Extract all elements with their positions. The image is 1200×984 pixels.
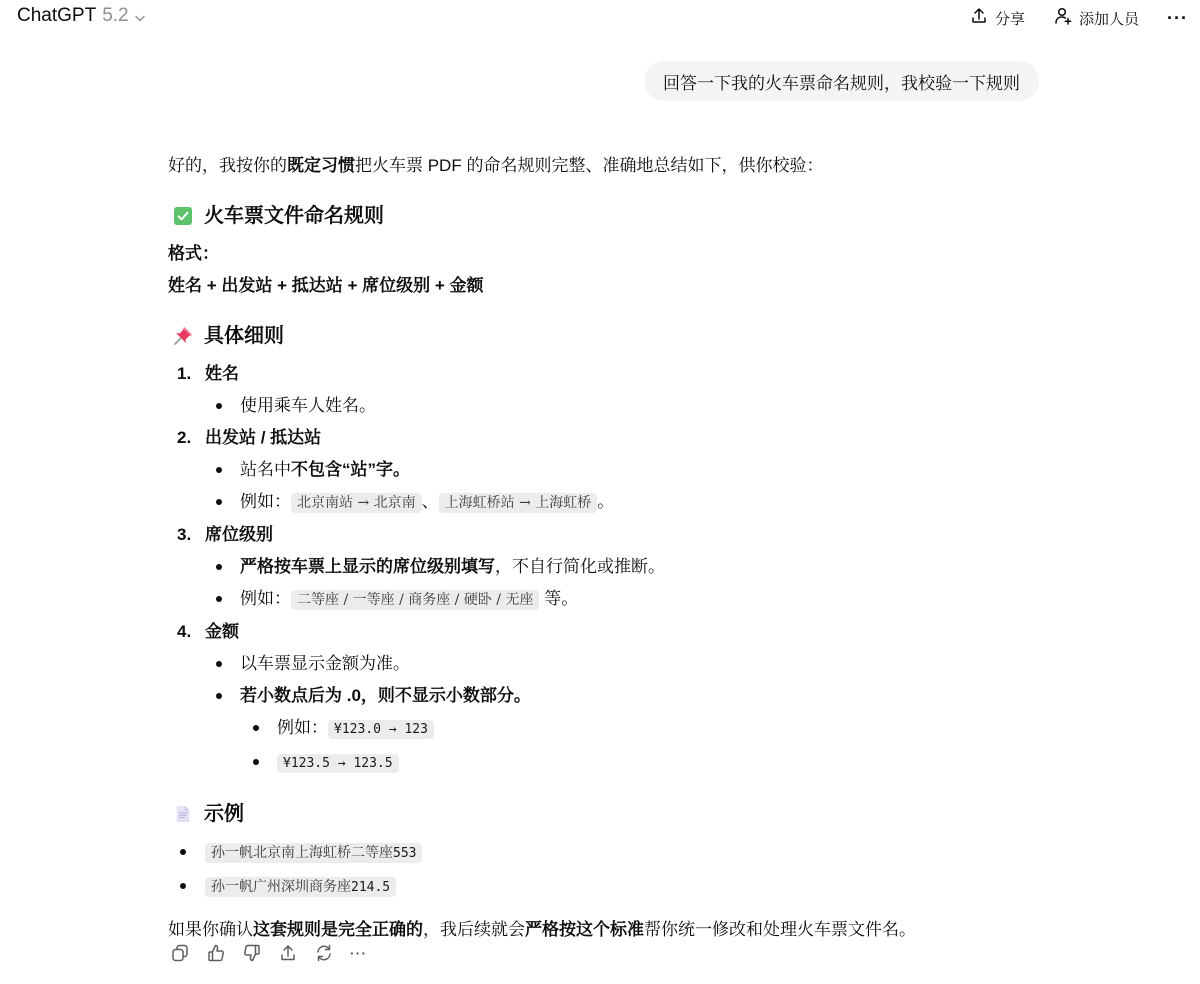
list-item-text: 以车票显示金额为准。 [240, 654, 410, 673]
check-box-icon [172, 205, 194, 227]
list-item: 使用乘车人姓名。 [215, 390, 988, 422]
section-heading-details: 具体细则 [168, 320, 988, 352]
regenerate-button[interactable] [314, 943, 334, 963]
example-amount: 214.5 [351, 880, 390, 895]
share-message-button[interactable] [278, 943, 298, 963]
list-item-text: 使用乘车人姓名。 [240, 396, 376, 415]
intro-bold: 既定习惯 [287, 156, 355, 175]
list-item-text: 例如： [240, 589, 291, 608]
model-selector[interactable]: ChatGPT 5.2 [17, 5, 147, 27]
list-item: 例如：北京南站 → 北京南、上海虹桥站 → 上海虹桥。 [215, 486, 988, 519]
list-item-text: 例如： [277, 718, 328, 737]
list-item-text: 站名中 [240, 460, 291, 479]
rule-item-amount: 4.金额 以车票显示金额为准。 若小数点后为 .0，则不显示小数部分。 例如：¥… [168, 616, 988, 780]
assistant-message: 好的，我按你的既定习惯把火车票 PDF 的命名规则完整、准确地总结如下，供你校验… [168, 150, 988, 946]
share-label: 分享 [995, 8, 1025, 29]
rule-item-stations: 2.出发站 / 抵达站 站名中不包含“站”字。 例如：北京南站 → 北京南、上海… [168, 422, 988, 519]
intro-paragraph: 好的，我按你的既定习惯把火车票 PDF 的命名规则完整、准确地总结如下，供你校验… [168, 150, 988, 180]
section-heading-examples: 示例 [168, 798, 988, 830]
copy-button[interactable] [170, 943, 190, 963]
list-item-text: ，不自行简化或推断。 [495, 557, 665, 576]
inline-code: ¥123.5 → 123.5 [277, 754, 399, 773]
format-value: 姓名 + 出发站 + 抵达站 + 席位级别 + 金额 [168, 270, 988, 302]
list-item: 以车票显示金额为准。 [215, 648, 988, 680]
add-people-button[interactable]: 添加人员 [1053, 6, 1139, 30]
chevron-down-icon [133, 9, 147, 23]
add-people-label: 添加人员 [1079, 8, 1139, 29]
inline-code: 二等座 / 一等座 / 商务座 / 硬卧 / 无座 [291, 590, 539, 610]
model-version: 5.2 [102, 5, 128, 27]
closing-bold: 严格按这个标准 [525, 920, 644, 939]
examples-list: 孙一帆北京南上海虹桥二等座553 孙一帆广州深圳商务座214.5 [168, 836, 988, 904]
more-options-button[interactable]: ··· [1167, 8, 1188, 29]
more-dots-icon: ··· [350, 945, 367, 961]
inline-code: 孙一帆北京南上海虹桥二等座553 [205, 843, 422, 863]
list-item-bold: 若小数点后为 .0，则不显示小数部分。 [240, 686, 531, 705]
rule-title: 金额 [205, 616, 239, 648]
separator: 、 [422, 492, 439, 511]
format-label: 格式： [168, 238, 988, 270]
app-name: ChatGPT [17, 5, 96, 27]
inline-code: ¥123.0 → 123 [328, 720, 434, 739]
list-item-bold: 不包含“站”字。 [291, 460, 410, 479]
rule-number: 1. [177, 358, 193, 390]
list-item-text: 等。 [539, 589, 578, 608]
rule-number: 2. [177, 422, 193, 454]
thumbs-up-icon [206, 943, 226, 963]
document-icon [172, 803, 194, 825]
closing-bold: 这套规则是完全正确的 [253, 920, 423, 939]
list-item-bold: 严格按车票上显示的席位级别填写 [240, 557, 495, 576]
list-item: 例如：¥123.0 → 123 [252, 712, 988, 746]
closing-text: 帮你统一修改和处理火车票文件名。 [644, 920, 916, 939]
inline-code: 北京南站 → 北京南 [291, 493, 422, 513]
section-title: 火车票文件命名规则 [204, 200, 384, 232]
rule-number: 4. [177, 616, 193, 648]
thumbs-down-button[interactable] [242, 943, 262, 963]
share-icon [969, 6, 989, 30]
user-message-bubble: 回答一下我的火车票命名规则，我校验一下规则 [644, 61, 1039, 101]
list-item: 站名中不包含“站”字。 [215, 454, 988, 486]
closing-text: 如果你确认 [168, 920, 253, 939]
example-text: 孙一帆北京南上海虹桥二等座 [211, 845, 393, 861]
section-title: 具体细则 [204, 320, 284, 352]
inline-code: 上海虹桥站 → 上海虹桥 [439, 493, 598, 513]
closing-text: ，我后续就会 [423, 920, 525, 939]
thumbs-up-button[interactable] [206, 943, 226, 963]
copy-icon [170, 943, 190, 963]
rule-title: 席位级别 [205, 519, 273, 551]
thumbs-down-icon [242, 943, 262, 963]
refresh-icon [314, 943, 334, 963]
list-item: ¥123.5 → 123.5 [252, 746, 988, 780]
list-item-text: 。 [597, 492, 614, 511]
pushpin-icon [172, 325, 194, 347]
share-button[interactable]: 分享 [969, 6, 1025, 30]
list-item-text: 例如： [240, 492, 291, 511]
list-item: 严格按车票上显示的席位级别填写，不自行简化或推断。 [215, 551, 988, 583]
intro-text: 好的，我按你的 [168, 156, 287, 175]
top-bar: ChatGPT 5.2 分享 添加人员 ··· [0, 0, 1200, 34]
share-icon [278, 943, 298, 963]
rules-list: 1.姓名 使用乘车人姓名。 2.出发站 / 抵达站 站名中不包含“站”字。 例如… [168, 358, 988, 780]
example-amount: 553 [393, 846, 416, 861]
message-actions: ··· [170, 943, 367, 963]
add-person-icon [1053, 6, 1073, 30]
user-message-text: 回答一下我的火车票命名规则，我校验一下规则 [663, 69, 1020, 94]
list-item: 若小数点后为 .0，则不显示小数部分。 例如：¥123.0 → 123 ¥123… [215, 680, 988, 780]
rule-title: 姓名 [205, 358, 239, 390]
example-item: 孙一帆北京南上海虹桥二等座553 [180, 836, 988, 870]
example-text: 孙一帆广州深圳商务座 [211, 879, 351, 895]
rule-item-seat-class: 3.席位级别 严格按车票上显示的席位级别填写，不自行简化或推断。 例如：二等座 … [168, 519, 988, 616]
rule-item-name: 1.姓名 使用乘车人姓名。 [168, 358, 988, 422]
section-heading-naming-rule: 火车票文件命名规则 [168, 200, 988, 232]
rule-title: 出发站 / 抵达站 [205, 422, 321, 454]
section-title: 示例 [204, 798, 244, 830]
inline-code: 孙一帆广州深圳商务座214.5 [205, 877, 396, 897]
list-item: 例如：二等座 / 一等座 / 商务座 / 硬卧 / 无座 等。 [215, 583, 988, 616]
example-item: 孙一帆广州深圳商务座214.5 [180, 870, 988, 904]
closing-paragraph: 如果你确认这套规则是完全正确的，我后续就会严格按这个标准帮你统一修改和处理火车票… [168, 914, 988, 946]
rule-number: 3. [177, 519, 193, 551]
intro-text-end: 把火车票 PDF 的命名规则完整、准确地总结如下，供你校验： [355, 156, 823, 175]
more-actions-button[interactable]: ··· [350, 943, 367, 963]
